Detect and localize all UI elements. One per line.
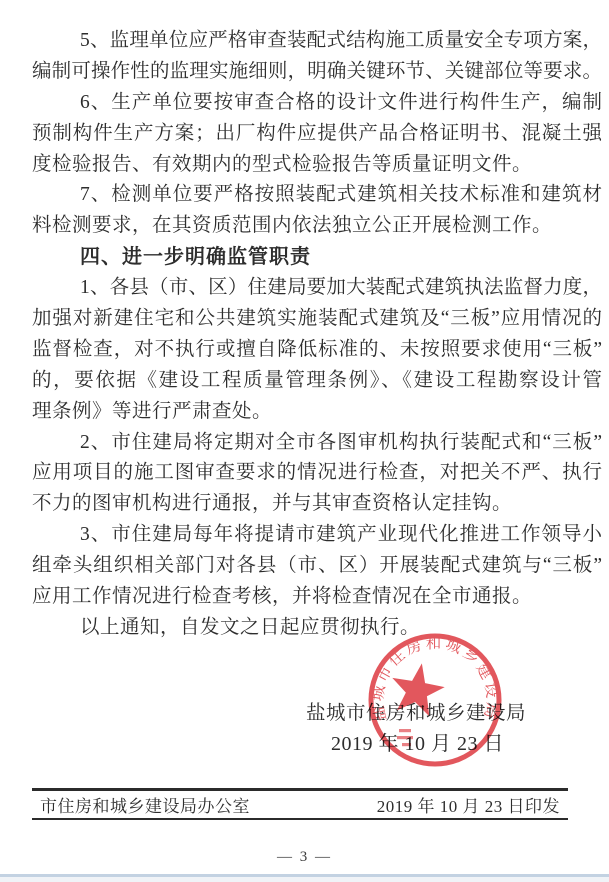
body-line: 5、监理单位应严格审查装配式结构施工质量安全专项方案， bbox=[32, 26, 602, 57]
body-line: 应用工作情况进行检查考核，并将检查情况在全市通报。 bbox=[32, 582, 602, 613]
body-line: 组牵头组织相关部门对各县（市、区）开展装配式建筑与“三板” bbox=[32, 551, 602, 582]
body-line: 不力的图审机构进行通报，并与其审查资格认定挂钩。 bbox=[32, 489, 602, 520]
body-line: 1、各县（市、区）住建局要加大装配式建筑执法监督力度， bbox=[32, 273, 602, 304]
body-line: 监督检查，对不执行或擅自降低标准的、未按照要求使用“三板” bbox=[32, 335, 602, 366]
body-line: 7、检测单位要严格按照装配式建筑相关技术标准和建筑材 bbox=[32, 180, 602, 211]
document-page: 5、监理单位应严格审查装配式结构施工质量安全专项方案，编制可操作性的监理实施细则… bbox=[0, 0, 609, 882]
footer-print-date: 2019 年 10 月 23 日印发 bbox=[377, 792, 560, 817]
body-line: 以上通知，自发文之日起应贯彻执行。 bbox=[32, 613, 602, 644]
body-line: 6、生产单位要按审查合格的设计文件进行构件生产，编制 bbox=[32, 88, 602, 119]
footer-issuing-office: 市住房和城乡建设局办公室 bbox=[40, 792, 250, 817]
body-line: 理条例》等进行严肃查处。 bbox=[32, 397, 602, 428]
body-line: 3、市住建局每年将提请市建筑产业现代化推进工作领导小 bbox=[32, 520, 602, 551]
body-line: 的，要依据《建设工程质量管理条例》、《建设工程勘察设计管 bbox=[32, 366, 602, 397]
body-line: 预制构件生产方案；出厂构件应提供产品合格证明书、混凝土强 bbox=[32, 119, 602, 150]
body-line: 料检测要求，在其资质范围内依法独立公正开展检测工作。 bbox=[32, 211, 602, 242]
signature-date: 2019 年 10 月 23 日 bbox=[331, 727, 504, 756]
signature-organization: 盐城市住房和城乡建设局 bbox=[306, 697, 526, 725]
body-line: 度检验报告、有效期内的型式检验报告等质量证明文件。 bbox=[32, 150, 602, 181]
page-number: — 3 — bbox=[0, 849, 609, 866]
body-line: 2、市住建局将定期对全市各图审机构执行装配式和“三板” bbox=[32, 428, 602, 459]
scan-artifact-edge bbox=[0, 877, 609, 882]
body-line: 加强对新建住宅和公共建筑实施装配式建筑及“三板”应用情况的 bbox=[32, 304, 602, 335]
footer-rule-box: 市住房和城乡建设局办公室 2019 年 10 月 23 日印发 bbox=[32, 788, 568, 820]
body-line: 编制可操作性的监理实施细则，明确关键环节、关键部位等要求。 bbox=[32, 57, 602, 88]
section-heading: 四、进一步明确监管职责 bbox=[32, 242, 602, 273]
document-body: 5、监理单位应严格审查装配式结构施工质量安全专项方案，编制可操作性的监理实施细则… bbox=[32, 26, 602, 644]
body-line: 应用项目的施工图审查要求的情况进行检查，对把关不严、执行 bbox=[32, 458, 602, 489]
